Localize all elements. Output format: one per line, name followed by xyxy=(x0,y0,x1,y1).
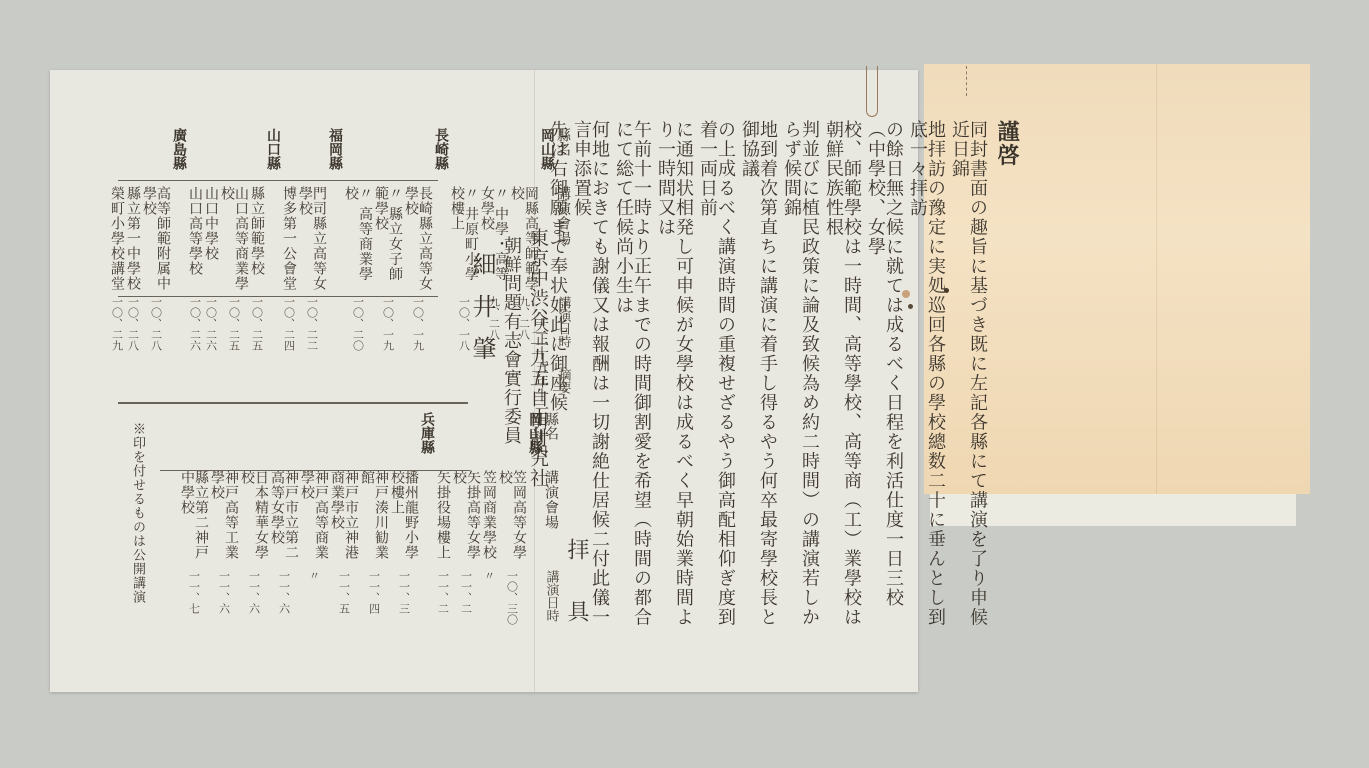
prefecture-name: 岡山縣 xyxy=(540,128,554,186)
table-row: 笠岡高等女學校一〇、三〇 xyxy=(498,412,526,642)
venue-cell: 山口中學校 xyxy=(204,186,218,296)
venue-cell: 門司縣立高等女學校 xyxy=(298,186,326,296)
date-cell: 一一、六 xyxy=(279,570,290,614)
date-cell: 一〇、二五 xyxy=(252,296,263,351)
date-cell: 九、二八 xyxy=(489,296,500,340)
date-cell: 一〇、一九 xyxy=(383,296,394,351)
table-row: 神戸高等工業學校一一、六 xyxy=(210,412,238,642)
table-rule xyxy=(118,180,438,181)
prefecture-group: 廣島縣 xyxy=(172,128,186,398)
header-summary: 摘要 xyxy=(557,368,570,394)
letter-line: 午前十一時より正午までの時間御割愛を希望（時間の都合にて総て任候尚小生は xyxy=(614,120,650,640)
table-header: 縣名 講演會場 講演日時 摘要 xyxy=(556,128,570,398)
table-row: 〃 高等商業學校一〇、二〇 xyxy=(344,128,372,398)
header-venue: 講演會場 xyxy=(544,470,558,570)
letter-line: 同封書面の趣旨に基づき既に左記各縣にて講演を了り申候近日錦 xyxy=(950,120,986,640)
prefecture-group: 岡山縣 xyxy=(540,128,554,398)
venue-cell: 神戸湊川勧業館 xyxy=(360,470,388,570)
venue-cell: 岡縣高等師範學校 xyxy=(510,186,538,296)
header-datetime: 講演日時 xyxy=(557,296,570,348)
venue-cell: 矢掛高等女學校 xyxy=(452,470,480,570)
date-cell: 一一、三 xyxy=(399,570,410,614)
table-row: 門司縣立高等女學校一〇、二二 xyxy=(298,128,326,398)
venue-cell: 〃 高等商業學校 xyxy=(344,186,372,296)
prefecture-group: 長崎縣 xyxy=(434,128,448,398)
prefecture-group: 岡山縣 xyxy=(528,412,542,642)
letter-line: 地到着次第直ちに講演に着手し得るやう何卒最寄學校長と御協議 xyxy=(740,120,776,640)
prefecture-group: 福岡縣 xyxy=(328,128,342,398)
table-row: 縣立第二神戸中學校一一、七 xyxy=(180,412,208,642)
letter-closing: 拝具 xyxy=(565,538,587,662)
table-rule xyxy=(118,402,468,404)
letter-line: 判並びに植民政策に論及致候為め約二時間）の講演若しからず候間錦 xyxy=(782,120,818,640)
date-cell: 一〇、二九 xyxy=(112,296,123,351)
prefecture-name: 廣島縣 xyxy=(172,128,186,186)
letter-body: 謹啓 同封書面の趣旨に基づき既に左記各縣にて講演を了り申候近日錦 地拝訪の豫定に… xyxy=(548,120,1018,640)
venue-cell: 神戸市立神港商業學校 xyxy=(330,470,358,570)
venue-cell: 神戸高等工業學校 xyxy=(210,470,238,570)
table-row: 榮町小學校講堂一〇、二九 xyxy=(110,128,124,398)
table-row: 長崎縣立高等女學校一〇、一九 xyxy=(404,128,432,398)
venue-cell: 山口高等學校 xyxy=(188,186,202,296)
table-row: 神戸市立第二高等女學校一一、六 xyxy=(270,412,298,642)
table-row: 笠岡商業學校〃 xyxy=(482,412,496,642)
faded-printed-text xyxy=(990,134,1280,424)
table-row: 縣立第一中學校一〇、二八 xyxy=(126,128,140,398)
venue-cell: 日本精華女學校 xyxy=(240,470,268,570)
date-cell: 一一、六 xyxy=(219,570,230,614)
venue-cell: 縣立第二神戸中學校 xyxy=(180,470,208,570)
date-cell: 一〇、二八 xyxy=(151,296,162,351)
venue-cell: 〃 縣立女子師範學校 xyxy=(374,186,402,296)
schedule-table-2: 縣名 講演會場 講演日時 岡山縣 笠岡高等女學校一〇、三〇 笠岡商業學校〃 矢掛… xyxy=(178,412,558,642)
venue-cell: 山口高等商業學校 xyxy=(220,186,248,296)
letter-line: に通知状相発し可申候が女學校は成るべく早朝始業時間より一時間又は xyxy=(656,120,692,640)
date-cell: 一〇、二六 xyxy=(206,296,217,351)
prefecture-name: 長崎縣 xyxy=(434,128,448,186)
venue-cell: 榮町小學校講堂 xyxy=(110,186,124,296)
table-row: 日本精華女學校一一、六 xyxy=(240,412,268,642)
venue-cell: 縣立師範學校 xyxy=(250,186,264,296)
date-cell: 九、二八 xyxy=(519,296,530,340)
table-row: 高等師範附属中學校一〇、二八 xyxy=(142,128,170,398)
schedule-table-1: 縣名 講演會場 講演日時 摘要 岡山縣 岡縣高等師範學校九、二八 〃 中學・高等… xyxy=(108,128,570,398)
table-row: 山口高等商業學校一〇、二五 xyxy=(220,128,248,398)
header-datetime: 講演日時 xyxy=(545,570,558,622)
date-cell: 〃 xyxy=(484,570,495,581)
letter-line: の上成るべく講演時間の重複せざるやう御高配相仰ぎ度到着一両日前 xyxy=(698,120,734,640)
date-cell: 一〇、一九 xyxy=(413,296,424,351)
table-row: 神戸高等商業學校〃 xyxy=(300,412,328,642)
letter-line: の餘日無之候に就ては成るべく日程を利活仕度一日三校（中學校、女學 xyxy=(866,120,902,640)
venue-cell: 〃 中學・高等女學校 xyxy=(480,186,508,296)
venue-cell: 神戸市立第二高等女學校 xyxy=(270,470,298,570)
date-cell: 一〇、二〇 xyxy=(353,296,364,351)
date-cell: 一一、七 xyxy=(189,570,200,614)
prefecture-group: 兵庫縣 xyxy=(420,412,434,642)
table-rule xyxy=(118,296,438,297)
letter-line: 校、師範學校は一時間、高等學校、高等商（工）業學校は朝鮮民族性根 xyxy=(824,120,860,640)
table-row: 山口中學校一〇、二六 xyxy=(204,128,218,398)
header-prefecture: 縣名 xyxy=(544,412,558,470)
venue-cell: 笠岡高等女學校 xyxy=(498,470,526,570)
date-cell: 一一、四 xyxy=(369,570,380,614)
table-rule xyxy=(160,470,470,471)
letter-line: 地拝訪の豫定に実処巡回各縣の學校總数二十に垂んとし到底一々拝訪 xyxy=(908,120,944,640)
header-venue: 講演會場 xyxy=(556,186,570,296)
staple-mark xyxy=(966,66,968,96)
table-row: 〃 井原町小學校樓上一〇、一八 xyxy=(450,128,478,398)
venue-cell: 神戸高等商業學校 xyxy=(300,470,328,570)
date-cell: 一〇、三〇 xyxy=(507,570,518,625)
venue-cell: 播州龍野小學校樓上 xyxy=(390,470,418,570)
date-cell: 一一、二 xyxy=(461,570,472,614)
date-cell: 一一、二 xyxy=(438,570,449,614)
venue-cell: 笠岡商業學校 xyxy=(482,470,496,570)
table-row: 神戸湊川勧業館一一、四 xyxy=(360,412,388,642)
date-cell: 一一、六 xyxy=(249,570,260,614)
date-cell: 一〇、一八 xyxy=(459,296,470,351)
venue-cell: 長崎縣立高等女學校 xyxy=(404,186,432,296)
table-row: 神戸市立神港商業學校一一、五 xyxy=(330,412,358,642)
prefecture-name: 福岡縣 xyxy=(328,128,342,186)
table-header: 縣名 講演會場 講演日時 xyxy=(544,412,558,642)
venue-cell: 博多第一公會堂 xyxy=(282,186,296,296)
prefecture-name: 岡山縣 xyxy=(528,412,542,470)
date-cell: 〃 xyxy=(309,570,320,581)
venue-cell: 高等師範附属中學校 xyxy=(142,186,170,296)
table-row: 矢掛高等女學校一一、二 xyxy=(452,412,480,642)
letter-heading: 謹啓 xyxy=(996,120,1018,640)
table-row: 博多第一公會堂一〇、二四 xyxy=(282,128,296,398)
header-prefecture: 縣名 xyxy=(556,128,570,186)
date-cell: 一〇、二四 xyxy=(284,296,295,351)
table-row: 縣立師範學校一〇、二五 xyxy=(250,128,264,398)
paper-clip-mark xyxy=(866,66,878,117)
table-row: 岡縣高等師範學校九、二八 xyxy=(510,128,538,398)
date-cell: 一〇、二八 xyxy=(128,296,139,351)
date-cell: 一〇、二二 xyxy=(307,296,318,351)
date-cell: 一〇、二五 xyxy=(229,296,240,351)
table-row: 山口高等學校一〇、二六 xyxy=(188,128,202,398)
venue-cell: 縣立第一中學校 xyxy=(126,186,140,296)
date-cell: 一〇、二六 xyxy=(190,296,201,351)
table-row: 〃 中學・高等女學校九、二八 xyxy=(480,128,508,398)
table-row: 〃 縣立女子師範學校一〇、一九 xyxy=(374,128,402,398)
prefecture-name: 兵庫縣 xyxy=(420,412,434,470)
date-cell: 一一、五 xyxy=(339,570,350,614)
venue-cell: 〃 井原町小學校樓上 xyxy=(450,186,478,296)
table-row: 矢掛役場樓上一一、二 xyxy=(436,412,450,642)
table-row: 播州龍野小學校樓上一一、三 xyxy=(390,412,418,642)
prefecture-group: 山口縣 xyxy=(266,128,280,398)
prefecture-name: 山口縣 xyxy=(266,128,280,186)
footnote: ※印を付せるものは公開講演 xyxy=(131,422,144,604)
venue-cell: 矢掛役場樓上 xyxy=(436,470,450,570)
